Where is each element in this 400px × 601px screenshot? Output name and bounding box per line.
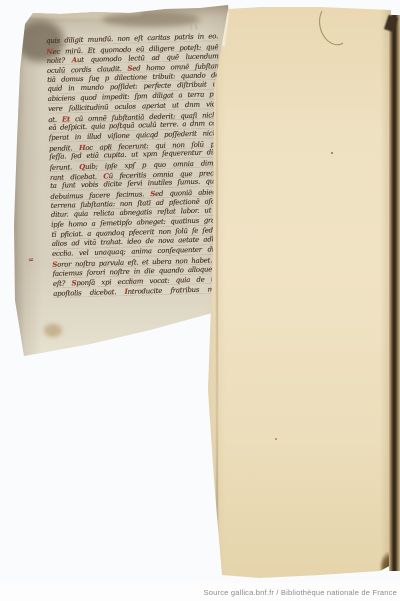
rubric-margin-mark: ≈	[27, 254, 35, 264]
flyleaf-crack-line	[306, 8, 350, 56]
ink-text: nolit?	[47, 57, 72, 66]
ink-speck	[331, 152, 333, 154]
ink-text: apoſtolis dicebat.	[53, 288, 125, 298]
ink-text: ſerunt.	[50, 163, 80, 172]
book-spine-edge	[389, 15, 400, 571]
caption-bar: Source gallica.bnf.fr / Bibliothèque nat…	[0, 583, 400, 601]
ink-speck	[275, 438, 277, 440]
pencil-folio-mark: ( 1	[190, 24, 199, 32]
edge-smudge	[11, 90, 21, 114]
bottom-stain	[44, 324, 62, 337]
ink-text: ntroducite fratribus meis.	[127, 285, 225, 296]
blank-flyleaf-page	[200, 6, 396, 578]
top-edge-stain	[102, 12, 200, 27]
ink-text: eſt?	[53, 280, 72, 289]
flyleaf-edge-crease	[216, 66, 218, 566]
manuscript-page: ( 1 ≈ quis diligit mundū. non eſt carita…	[10, 4, 236, 360]
manuscript-text-block: quis diligit mundū. non eſt caritas patr…	[46, 32, 225, 298]
source-caption: Source gallica.bnf.fr / Bibliothèque nat…	[204, 588, 400, 597]
digitized-book-photo: ( 1 ≈ quis diligit mundū. non eſt carita…	[0, 0, 400, 601]
ink-text: pendit.	[49, 144, 79, 153]
ink-text: at.	[48, 115, 62, 123]
rubric-initial: Et	[62, 114, 70, 123]
